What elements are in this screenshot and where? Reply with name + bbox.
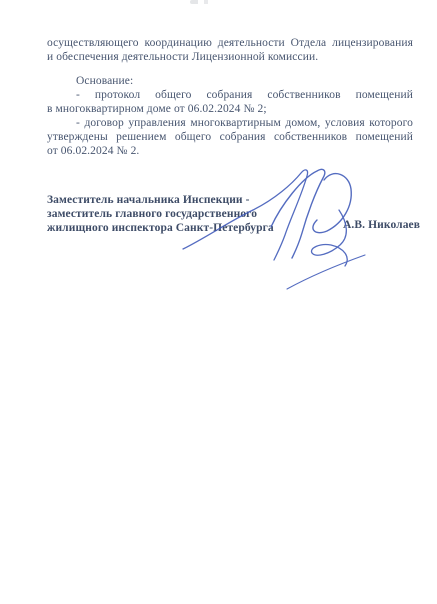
basis-item-contract-line: утверждены решением общего собрания собс… — [47, 130, 413, 144]
paragraph-line: осуществляющего координацию деятельности… — [47, 36, 413, 50]
handwritten-signature-icon — [175, 165, 380, 305]
document-page: осуществляющего координацию деятельности… — [0, 0, 437, 604]
basis-heading: Основание: — [47, 74, 413, 88]
signer-name: А.В. Николаев — [343, 219, 420, 231]
basis-section: Основание: - протокол общего собрания со… — [47, 74, 413, 158]
basis-item-protocol-line: в многоквартирном доме от 06.02.2024 № 2… — [47, 102, 413, 116]
signatory-title-line: Заместитель начальника Инспекции - — [47, 193, 413, 207]
scan-artifact — [190, 0, 216, 4]
basis-item-protocol-line: - протокол общего собрания собственников… — [47, 88, 413, 102]
basis-item-contract-line: - договор управления многоквартирным дом… — [47, 116, 413, 130]
paragraph-coordination: осуществляющего координацию деятельности… — [47, 36, 413, 64]
basis-item-contract-line: от 06.02.2024 № 2. — [47, 144, 413, 158]
paragraph-line: и обеспечения деятельности Лицензионной … — [47, 50, 413, 64]
